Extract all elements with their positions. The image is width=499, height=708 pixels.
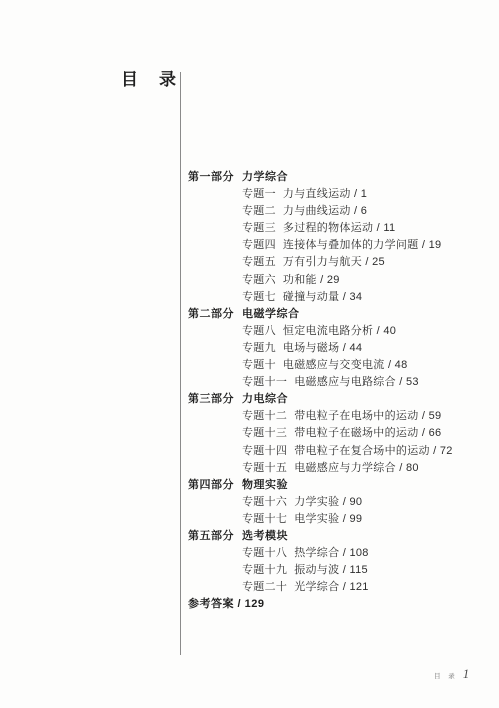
toc-topic-row: 专题二十光学综合 / 121 — [242, 579, 453, 596]
section-label: 第三部分 — [188, 391, 234, 408]
topic-title-page: 电磁感应与力学综合 / 80 — [294, 460, 419, 477]
toc-topic-row: 专题十六力学实验 / 90 — [242, 494, 453, 511]
topic-label: 专题五 — [242, 254, 276, 271]
topic-label: 专题二十 — [242, 579, 287, 596]
page-title: 目 录 — [121, 70, 178, 90]
section-title: 力学综合 — [242, 169, 288, 186]
section-title: 物理实验 — [242, 477, 288, 494]
section-label: 第五部分 — [188, 528, 234, 545]
toc-topic-row: 专题十八热学综合 / 108 — [242, 545, 453, 562]
toc-page: 目 录 第一部分力学综合专题一力与直线运动 / 1专题二力与曲线运动 / 6专题… — [0, 0, 499, 708]
toc-topic-row: 专题九电场与磁场 / 44 — [242, 340, 453, 357]
topic-title-page: 热学综合 / 108 — [294, 545, 369, 562]
topic-title-page: 振动与波 / 115 — [294, 562, 368, 579]
topic-title-page: 碰撞与动量 / 34 — [283, 289, 362, 306]
topic-title-page: 电磁感应与电路综合 / 53 — [294, 374, 419, 391]
toc-section-row: 第五部分选考模块 — [188, 528, 453, 545]
footer-page-number: 1 — [463, 667, 469, 682]
toc-section-row: 第一部分力学综合 — [188, 169, 453, 186]
topic-title-page: 多过程的物体运动 / 11 — [283, 220, 396, 237]
toc-topic-row: 专题十五电磁感应与力学综合 / 80 — [242, 460, 453, 477]
toc-topic-row: 专题十三带电粒子在磁场中的运动 / 66 — [242, 425, 453, 442]
toc-answers-row: 参考答案 / 129 — [188, 596, 453, 613]
section-label: 第四部分 — [188, 477, 234, 494]
footer-section-label: 目 录 — [434, 671, 458, 680]
answers-label-page: 参考答案 / 129 — [188, 596, 265, 613]
toc-topic-row: 专题十七电学实验 / 99 — [242, 511, 453, 528]
toc-topic-row: 专题六功和能 / 29 — [242, 272, 453, 289]
topic-title-page: 电学实验 / 99 — [294, 511, 362, 528]
topic-label: 专题十一 — [242, 374, 287, 391]
topic-title-page: 电场与磁场 / 44 — [283, 340, 362, 357]
topic-label: 专题十 — [242, 357, 276, 374]
topic-label: 专题十二 — [242, 408, 287, 425]
topic-label: 专题七 — [242, 289, 276, 306]
toc-topic-row: 专题十电磁感应与交变电流 / 48 — [242, 357, 453, 374]
toc-topic-row: 专题二力与曲线运动 / 6 — [242, 203, 453, 220]
topic-label: 专题一 — [242, 186, 276, 203]
section-title: 选考模块 — [242, 528, 288, 545]
topic-title-page: 恒定电流电路分析 / 40 — [283, 323, 396, 340]
toc-topic-row: 专题一力与直线运动 / 1 — [242, 186, 453, 203]
toc-topic-row: 专题五万有引力与航天 / 25 — [242, 254, 453, 271]
toc-topic-row: 专题八恒定电流电路分析 / 40 — [242, 323, 453, 340]
topic-title-page: 力与曲线运动 / 6 — [283, 203, 367, 220]
topic-title-page: 光学综合 / 121 — [294, 579, 369, 596]
topic-title-page: 带电粒子在复合场中的运动 / 72 — [294, 443, 453, 460]
topic-label: 专题九 — [242, 340, 276, 357]
topic-label: 专题二 — [242, 203, 276, 220]
topic-label: 专题十八 — [242, 545, 287, 562]
toc-topic-row: 专题十二带电粒子在电场中的运动 / 59 — [242, 408, 453, 425]
toc-topic-row: 专题四连接体与叠加体的力学问题 / 19 — [242, 237, 453, 254]
topic-label: 专题十七 — [242, 511, 287, 528]
section-label: 第二部分 — [188, 306, 234, 323]
topic-label: 专题十五 — [242, 460, 287, 477]
topic-title-page: 力学实验 / 90 — [294, 494, 362, 511]
toc-section-row: 第四部分物理实验 — [188, 477, 453, 494]
topic-label: 专题四 — [242, 237, 276, 254]
topic-title-page: 万有引力与航天 / 25 — [283, 254, 385, 271]
section-label: 第一部分 — [188, 169, 234, 186]
topic-title-page: 连接体与叠加体的力学问题 / 19 — [283, 237, 442, 254]
topic-label: 专题十九 — [242, 562, 287, 579]
topic-title-page: 电磁感应与交变电流 / 48 — [283, 357, 408, 374]
topic-title-page: 力与直线运动 / 1 — [283, 186, 367, 203]
topic-label: 专题六 — [242, 272, 276, 289]
topic-title-page: 功和能 / 29 — [283, 272, 340, 289]
topic-label: 专题十三 — [242, 425, 287, 442]
toc-topic-row: 专题七碰撞与动量 / 34 — [242, 289, 453, 306]
toc-list: 第一部分力学综合专题一力与直线运动 / 1专题二力与曲线运动 / 6专题三多过程… — [188, 169, 453, 613]
topic-label: 专题十四 — [242, 443, 287, 460]
toc-topic-row: 专题十九振动与波 / 115 — [242, 562, 453, 579]
topic-title-page: 带电粒子在磁场中的运动 / 66 — [294, 425, 441, 442]
topic-label: 专题八 — [242, 323, 276, 340]
toc-topic-row: 专题三多过程的物体运动 / 11 — [242, 220, 453, 237]
toc-topic-row: 专题十四带电粒子在复合场中的运动 / 72 — [242, 443, 453, 460]
page-footer: 目 录 1 — [434, 667, 469, 682]
topic-label: 专题十六 — [242, 494, 287, 511]
toc-topic-row: 专题十一电磁感应与电路综合 / 53 — [242, 374, 453, 391]
section-title: 力电综合 — [242, 391, 288, 408]
title-divider-line — [180, 72, 181, 655]
toc-section-row: 第二部分电磁学综合 — [188, 306, 453, 323]
topic-label: 专题三 — [242, 220, 276, 237]
topic-title-page: 带电粒子在电场中的运动 / 59 — [294, 408, 441, 425]
toc-section-row: 第三部分力电综合 — [188, 391, 453, 408]
section-title: 电磁学综合 — [242, 306, 300, 323]
